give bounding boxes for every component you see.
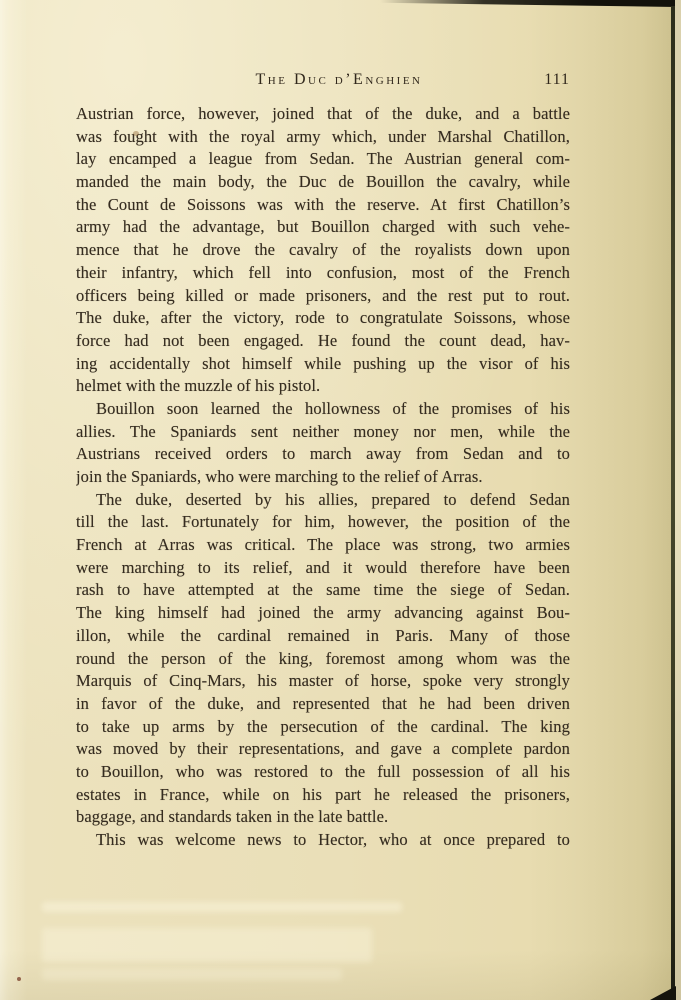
text-line: officers being killed or made prisoners,… — [76, 285, 570, 308]
reverse-side-show-through — [42, 968, 342, 980]
text-line: helmet with the muzzle of his pistol. — [76, 375, 570, 398]
text-line: rash to have attempted at the same time … — [76, 579, 570, 602]
chapter-title: The Duc d’Enghien — [256, 71, 423, 89]
reverse-side-show-through — [42, 928, 372, 962]
text-line: The king himself had joined the army adv… — [76, 602, 570, 625]
text-line: Austrian force, however, joined that of … — [76, 103, 570, 126]
scan-edge-right — [671, 6, 675, 996]
scanned-book-page: { "colors": { "paper": "#eadfb8", "ink":… — [0, 0, 681, 1000]
text-line: join the Spaniards, who were marching to… — [76, 466, 570, 489]
text-line: was moved by their representations, and … — [76, 738, 570, 761]
scan-edge-bottom-corner — [650, 986, 676, 1000]
body-text-block: Austrian force, however, joined that of … — [76, 103, 570, 852]
book-page-paper: The Duc d’Enghien 111 Austrian force, ho… — [0, 0, 676, 1000]
page-number: 111 — [544, 71, 570, 89]
text-line: was fought with the royal army which, un… — [76, 126, 570, 149]
text-line: till the last. Fortunately for him, howe… — [76, 511, 570, 534]
text-line: force had not been engaged. He found the… — [76, 330, 570, 353]
text-line: Austrians received orders to march away … — [76, 443, 570, 466]
text-line: ing accidentally shot himself while push… — [76, 353, 570, 376]
text-line: manded the main body, the Duc de Bouillo… — [76, 171, 570, 194]
text-line: army had the advantage, but Bouillon cha… — [76, 216, 570, 239]
text-line: to Bouillon, who was restored to the ful… — [76, 761, 570, 784]
running-head: The Duc d’Enghien 111 — [76, 71, 570, 93]
text-line: French at Arras was critical. The place … — [76, 534, 570, 557]
text-line: illon, while the cardinal remained in Pa… — [76, 625, 570, 648]
text-line: the Count de Soissons was with the reser… — [76, 194, 570, 217]
text-line: The duke, deserted by his allies, prepar… — [76, 489, 570, 512]
paper-speck — [17, 977, 21, 981]
text-line: This was welcome news to Hector, who at … — [76, 829, 570, 852]
text-line: were marching to its relief, and it woul… — [76, 557, 570, 580]
text-line: lay encamped a league from Sedan. The Au… — [76, 148, 570, 171]
text-line: Marquis of Cinq-Mars, his master of hors… — [76, 670, 570, 693]
text-line: in favor of the duke, and represented th… — [76, 693, 570, 716]
text-line: mence that he drove the cavalry of the r… — [76, 239, 570, 262]
text-line: to take up arms by the persecution of th… — [76, 716, 570, 739]
text-line: baggage, and standards taken in the late… — [76, 806, 570, 829]
text-line: their infantry, which fell into confusio… — [76, 262, 570, 285]
text-line: The duke, after the victory, rode to con… — [76, 307, 570, 330]
scan-edge-sliver — [675, 0, 681, 1000]
text-line: round the person of the king, foremost a… — [76, 648, 570, 671]
reverse-side-show-through — [42, 902, 402, 912]
text-line: Bouillon soon learned the hollowness of … — [76, 398, 570, 421]
text-line: estates in France, while on his part he … — [76, 784, 570, 807]
scan-edge-top — [380, 0, 676, 9]
text-line: allies. The Spaniards sent neither money… — [76, 421, 570, 444]
